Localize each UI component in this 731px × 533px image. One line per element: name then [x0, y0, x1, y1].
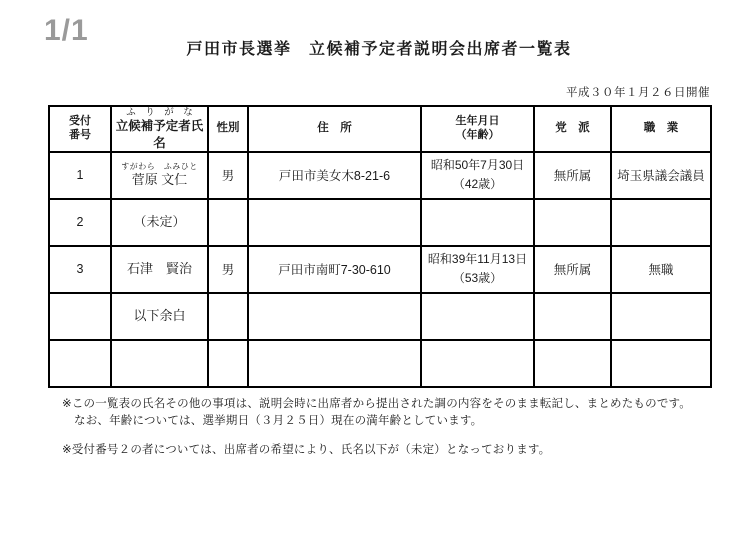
- cell-party: [534, 293, 611, 340]
- attendee-table: 受付 番号 ふ り が な 立候補予定者氏名 性別 住 所 生年月日 （年齢） …: [48, 105, 712, 388]
- cell-address: 戸田市南町7-30-610: [248, 246, 421, 293]
- age-text: （53歳）: [424, 269, 531, 288]
- table-row-3: 3 石津 賢治 男 戸田市南町7-30-610 昭和39年11月13日 （53歳…: [49, 246, 711, 293]
- document-title: 戸田市長選挙 立候補予定者説明会出席者一覧表: [48, 36, 710, 59]
- cell-candidate-name: [111, 340, 208, 387]
- birthdate-text: 昭和50年7月30日: [424, 156, 531, 175]
- cell-candidate-name: （未定）: [111, 199, 208, 246]
- cell-gender: [208, 293, 248, 340]
- table-header-row: 受付 番号 ふ り が な 立候補予定者氏名 性別 住 所 生年月日 （年齢） …: [49, 106, 711, 152]
- cell-receipt-number: [49, 340, 111, 387]
- col-header-receipt-number: 受付 番号: [49, 106, 111, 152]
- cell-birthdate: [421, 340, 534, 387]
- cell-occupation: [611, 293, 711, 340]
- birthdate-text: 昭和39年11月13日: [424, 250, 531, 269]
- cell-candidate-name: 石津 賢治: [111, 246, 208, 293]
- furigana-header-label: ふ り が な: [114, 107, 205, 118]
- col-header-occupation: 職 業: [611, 106, 711, 152]
- cell-party: 無所属: [534, 152, 611, 199]
- cell-candidate-name: すがわら ふみひと 菅原 文仁: [111, 152, 208, 199]
- candidate-name-text: （未定）: [114, 214, 205, 231]
- cell-occupation: [611, 199, 711, 246]
- age-text: （42歳）: [424, 175, 531, 194]
- cell-party: [534, 340, 611, 387]
- furigana-text: すがわら ふみひと: [114, 162, 205, 172]
- document-page: 1/1 戸田市長選挙 立候補予定者説明会出席者一覧表 平成３０年１月２６日開催 …: [0, 0, 731, 533]
- cell-gender: [208, 340, 248, 387]
- cell-party: 無所属: [534, 246, 611, 293]
- cell-address: [248, 340, 421, 387]
- col-header-gender: 性別: [208, 106, 248, 152]
- col-header-address: 住 所: [248, 106, 421, 152]
- cell-party: [534, 199, 611, 246]
- cell-occupation: 埼玉県議会議員: [611, 152, 711, 199]
- col-header-birthdate: 生年月日 （年齢）: [421, 106, 534, 152]
- candidate-name-text: 菅原 文仁: [114, 172, 205, 189]
- cell-birthdate: [421, 293, 534, 340]
- cell-birthdate: 昭和50年7月30日 （42歳）: [421, 152, 534, 199]
- candidate-name-header-label: 立候補予定者氏名: [114, 118, 205, 151]
- cell-gender: 男: [208, 246, 248, 293]
- cell-gender: [208, 199, 248, 246]
- footnotes: ※この一覧表の氏名その他の事項は、説明会時に出席者から提出された調の内容をそのま…: [62, 396, 712, 470]
- candidate-name-text: 石津 賢治: [114, 261, 205, 278]
- cell-address: [248, 199, 421, 246]
- note-undecided-entry: ※受付番号２の者については、出席者の希望により、氏名以下が（未定）となっておりま…: [62, 442, 712, 459]
- cell-birthdate: 昭和39年11月13日 （53歳）: [421, 246, 534, 293]
- receipt-number-header-line2: 番号: [52, 129, 108, 143]
- cell-address: [248, 293, 421, 340]
- table-row-1: 1 すがわら ふみひと 菅原 文仁 男 戸田市美女木8-21-6 昭和50年7月…: [49, 152, 711, 199]
- event-date: 平成３０年１月２６日開催: [48, 84, 710, 100]
- cell-receipt-number: 1: [49, 152, 111, 199]
- birthdate-header-line1: 生年月日: [424, 115, 531, 129]
- birthdate-header-line2: （年齢）: [424, 129, 531, 143]
- table-row-5: [49, 340, 711, 387]
- note-transcription-line1: ※この一覧表の氏名その他の事項は、説明会時に出席者から提出された調の内容をそのま…: [62, 396, 712, 413]
- cell-receipt-number: 2: [49, 199, 111, 246]
- cell-occupation: [611, 340, 711, 387]
- cell-gender: 男: [208, 152, 248, 199]
- col-header-party: 党 派: [534, 106, 611, 152]
- cell-occupation: 無職: [611, 246, 711, 293]
- table-row-2: 2 （未定）: [49, 199, 711, 246]
- cell-address: 戸田市美女木8-21-6: [248, 152, 421, 199]
- note-transcription: ※この一覧表の氏名その他の事項は、説明会時に出席者から提出された調の内容をそのま…: [62, 396, 712, 431]
- note-transcription-line2: なお、年齢については、選挙期日（３月２５日）現在の満年齢としています。: [62, 413, 712, 430]
- cell-receipt-number: [49, 293, 111, 340]
- remainder-blank-text: 以下余白: [114, 308, 205, 325]
- cell-birthdate: [421, 199, 534, 246]
- table-row-4: 以下余白: [49, 293, 711, 340]
- receipt-number-header-line1: 受付: [52, 115, 108, 129]
- col-header-candidate-name: ふ り が な 立候補予定者氏名: [111, 106, 208, 152]
- cell-candidate-name: 以下余白: [111, 293, 208, 340]
- cell-receipt-number: 3: [49, 246, 111, 293]
